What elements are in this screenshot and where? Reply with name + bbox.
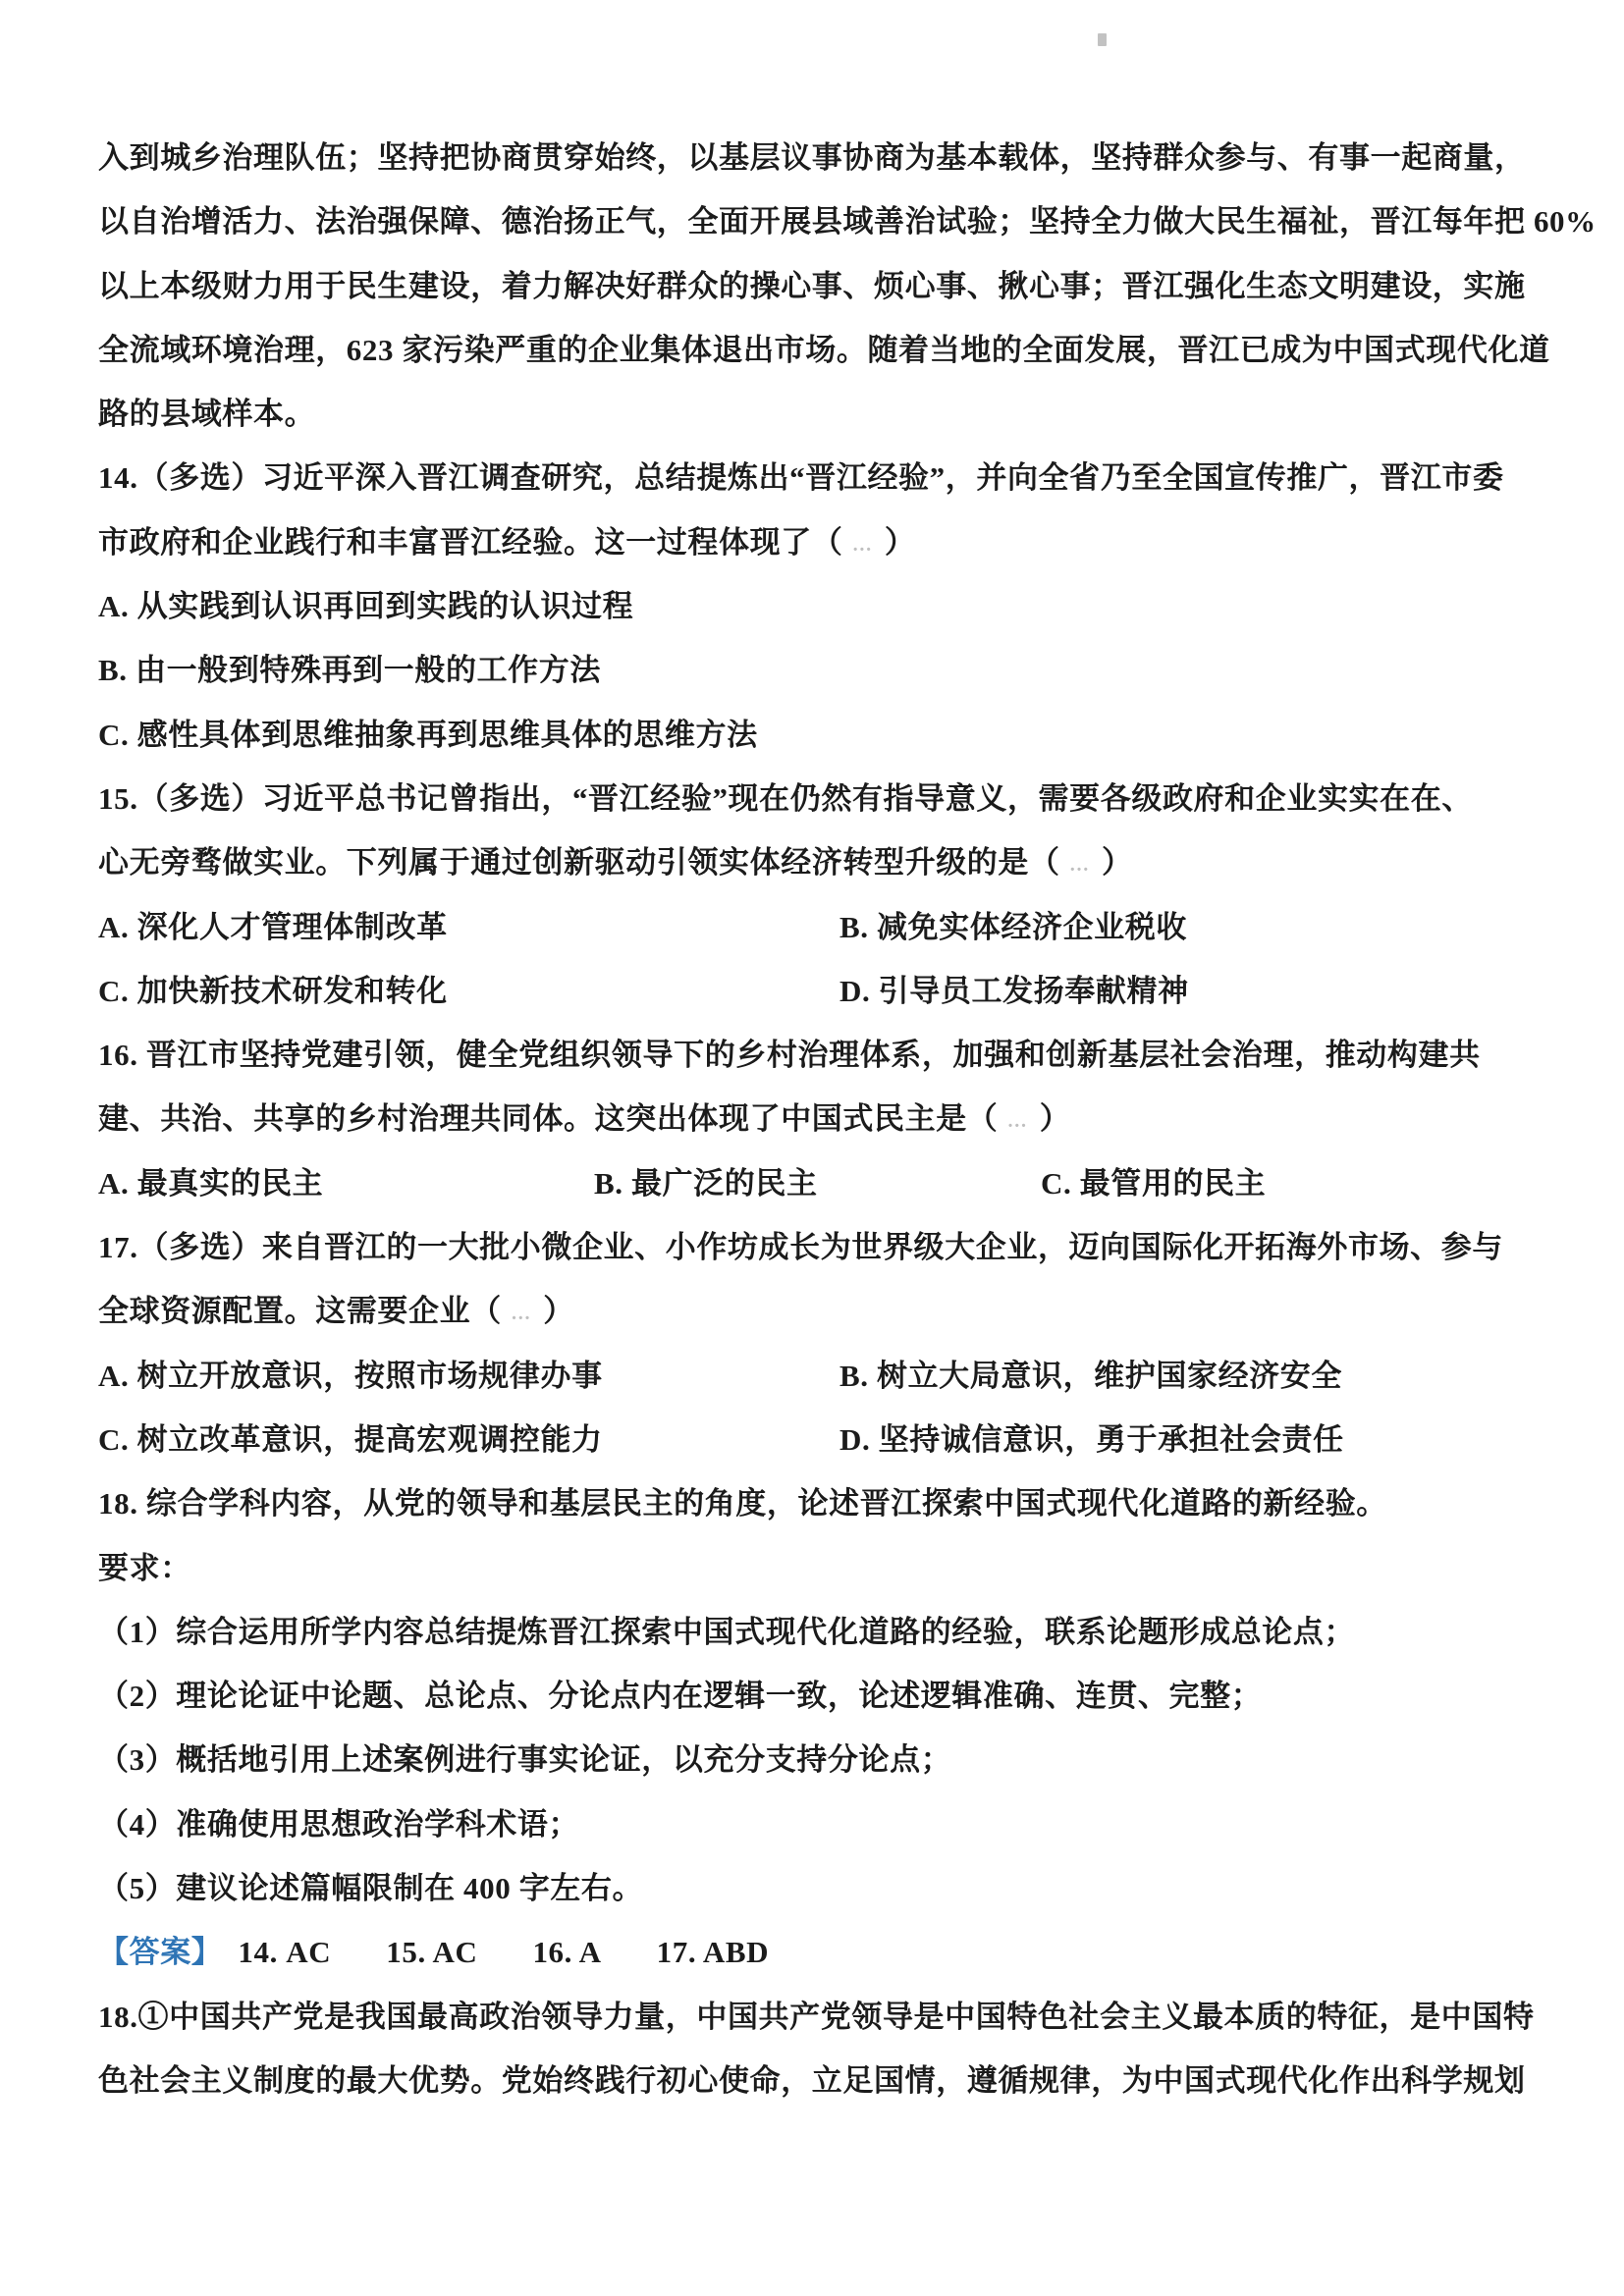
q17-stem-line-1: 17.（多选）来自晋江的一大批小微企业、小作坊成长为世界级大企业，迈向国际化开拓… [98, 1215, 1530, 1279]
paren-open: （ [967, 1101, 998, 1136]
q15-stem-line-1: 15.（多选）习近平总书记曾指出，“晋江经验”现在仍然有指导意义，需要各级政府和… [98, 767, 1530, 830]
q15-stem-text: 心无旁骛做实业。下列属于通过创新驱动引领实体经济转型升级的是 [98, 845, 1029, 880]
q15-options-row-2: C. 加快新技术研发和转化D. 引导员工发扬奉献精神 [98, 959, 1530, 1023]
q18-requirement-2: （2）理论论证中论题、总论点、分论点内在逻辑一致，论述逻辑准确、连贯、完整； [98, 1664, 1530, 1728]
answer18-line-1: 18.①中国共产党是我国最高政治领导力量，中国共产党领导是中国特色社会主义最本质… [98, 1985, 1530, 2049]
answer-q14: 14. AC [238, 1935, 331, 1969]
passage-line-1: 入到城乡治理队伍；坚持把协商贯穿始终，以基层议事协商为基本载体，坚持群众参与、有… [98, 126, 1530, 189]
q16-stem-line-2: 建、共治、共享的乡村治理共同体。这突出体现了中国式民主是（…） [98, 1087, 1530, 1150]
q18-requirement-3: （3）概括地引用上述案例进行事实论证，以充分支持分论点； [98, 1728, 1530, 1791]
q18-requirement-5: （5）建议论述篇幅限制在 400 字左右。 [98, 1856, 1530, 1920]
answer-q17: 17. ABD [657, 1935, 769, 1969]
q15-option-a: A. 深化人才管理体制改革 [98, 895, 839, 959]
q15-option-d: D. 引导员工发扬奉献精神 [839, 959, 1189, 1023]
q16-option-a: A. 最真实的民主 [98, 1151, 594, 1215]
paren-close: ） [543, 1294, 573, 1328]
blank-dots: … [1069, 854, 1092, 876]
passage-line-3: 以上本级财力用于民生建设，着力解决好群众的操心事、烦心事、揪心事；晋江强化生态文… [98, 254, 1530, 318]
exam-document: 入到城乡治理队伍；坚持把协商贯穿始终，以基层议事协商为基本载体，坚持群众参与、有… [98, 126, 1530, 2112]
q17-options-row-1: A. 树立开放意识，按照市场规律办事B. 树立大局意识，维护国家经济安全 [98, 1344, 1530, 1408]
q14-option-b: B. 由一般到特殊再到一般的工作方法 [98, 638, 1530, 702]
passage-line-4: 全流域环境治理，623 家污染严重的企业集体退出市场。随着当地的全面发展，晋江已… [98, 318, 1530, 382]
q18-requirement-4: （4）准确使用思想政治学科术语； [98, 1792, 1530, 1856]
q17-option-d: D. 坚持诚信意识，勇于承担社会责任 [839, 1408, 1344, 1471]
q16-options-row: A. 最真实的民主B. 最广泛的民主C. 最管用的民主 [98, 1151, 1530, 1215]
q14-stem-line-2: 市政府和企业践行和丰富晋江经验。这一过程体现了（…） [98, 510, 1530, 574]
q14-option-a: A. 从实践到认识再回到实践的认识过程 [98, 574, 1530, 638]
paren-open: （ [470, 1294, 501, 1328]
paren-close: ） [885, 525, 915, 560]
blank-dots: … [1007, 1110, 1030, 1132]
q17-option-b: B. 树立大局意识，维护国家经济安全 [839, 1344, 1342, 1408]
q15-stem-line-2: 心无旁骛做实业。下列属于通过创新驱动引领实体经济转型升级的是（…） [98, 830, 1530, 894]
q18-requirements-label: 要求： [98, 1536, 1530, 1600]
paren-open: （ [1029, 845, 1059, 880]
answer-q16: 16. A [532, 1935, 601, 1969]
q16-option-b: B. 最广泛的民主 [594, 1151, 1041, 1215]
answer-q15: 15. AC [386, 1935, 477, 1969]
q16-stem-text: 建、共治、共享的乡村治理共同体。这突出体现了中国式民主是 [98, 1101, 967, 1136]
q14-stem-line-1: 14.（多选）习近平深入晋江调查研究，总结提炼出“晋江经验”，并向全省乃至全国宣… [98, 446, 1530, 509]
blank-dots: … [852, 534, 875, 556]
passage-line-5: 路的县域样本。 [98, 382, 1530, 446]
q15-option-b: B. 减免实体经济企业税收 [839, 895, 1187, 959]
q17-option-a: A. 树立开放意识，按照市场规律办事 [98, 1344, 839, 1408]
q18-requirement-1: （1）综合运用所学内容总结提炼晋江探索中国式现代化道路的经验，联系论题形成总论点… [98, 1600, 1530, 1664]
q14-stem-text: 市政府和企业践行和丰富晋江经验。这一过程体现了 [98, 525, 812, 560]
paren-close: ） [1102, 845, 1132, 880]
q17-stem-line-2: 全球资源配置。这需要企业（…） [98, 1279, 1530, 1343]
answer18-line-2: 色社会主义制度的最大优势。党始终践行初心使命，立足国情，遵循规律，为中国式现代化… [98, 2049, 1530, 2112]
paren-close: ） [1040, 1101, 1070, 1136]
paren-open: （ [812, 525, 842, 560]
q15-option-c: C. 加快新技术研发和转化 [98, 959, 839, 1023]
answers-row: 【答案】14. AC15. AC16. A17. ABD [98, 1920, 1530, 1984]
q17-stem-text: 全球资源配置。这需要企业 [98, 1294, 470, 1328]
q14-option-c: C. 感性具体到思维抽象再到思维具体的思维方法 [98, 703, 1530, 767]
q17-option-c: C. 树立改革意识，提高宏观调控能力 [98, 1408, 839, 1471]
q15-options-row-1: A. 深化人才管理体制改革B. 减免实体经济企业税收 [98, 895, 1530, 959]
q17-options-row-2: C. 树立改革意识，提高宏观调控能力D. 坚持诚信意识，勇于承担社会责任 [98, 1408, 1530, 1471]
blank-dots: … [511, 1303, 533, 1324]
scan-smudge-mark [1098, 33, 1107, 46]
passage-line-2: 以自治增活力、法治强保障、德治扬正气，全面开展县域善治试验；坚持全力做大民生福祉… [98, 189, 1530, 253]
answer-label: 【答案】 [98, 1935, 222, 1969]
q16-option-c: C. 最管用的民主 [1041, 1151, 1266, 1215]
q16-stem-line-1: 16. 晋江市坚持党建引领，健全党组织领导下的乡村治理体系，加强和创新基层社会治… [98, 1023, 1530, 1087]
q18-stem: 18. 综合学科内容，从党的领导和基层民主的角度，论述晋江探索中国式现代化道路的… [98, 1471, 1530, 1535]
document-page: 入到城乡治理队伍；坚持把协商贯穿始终，以基层议事协商为基本载体，坚持群众参与、有… [0, 0, 1624, 2296]
